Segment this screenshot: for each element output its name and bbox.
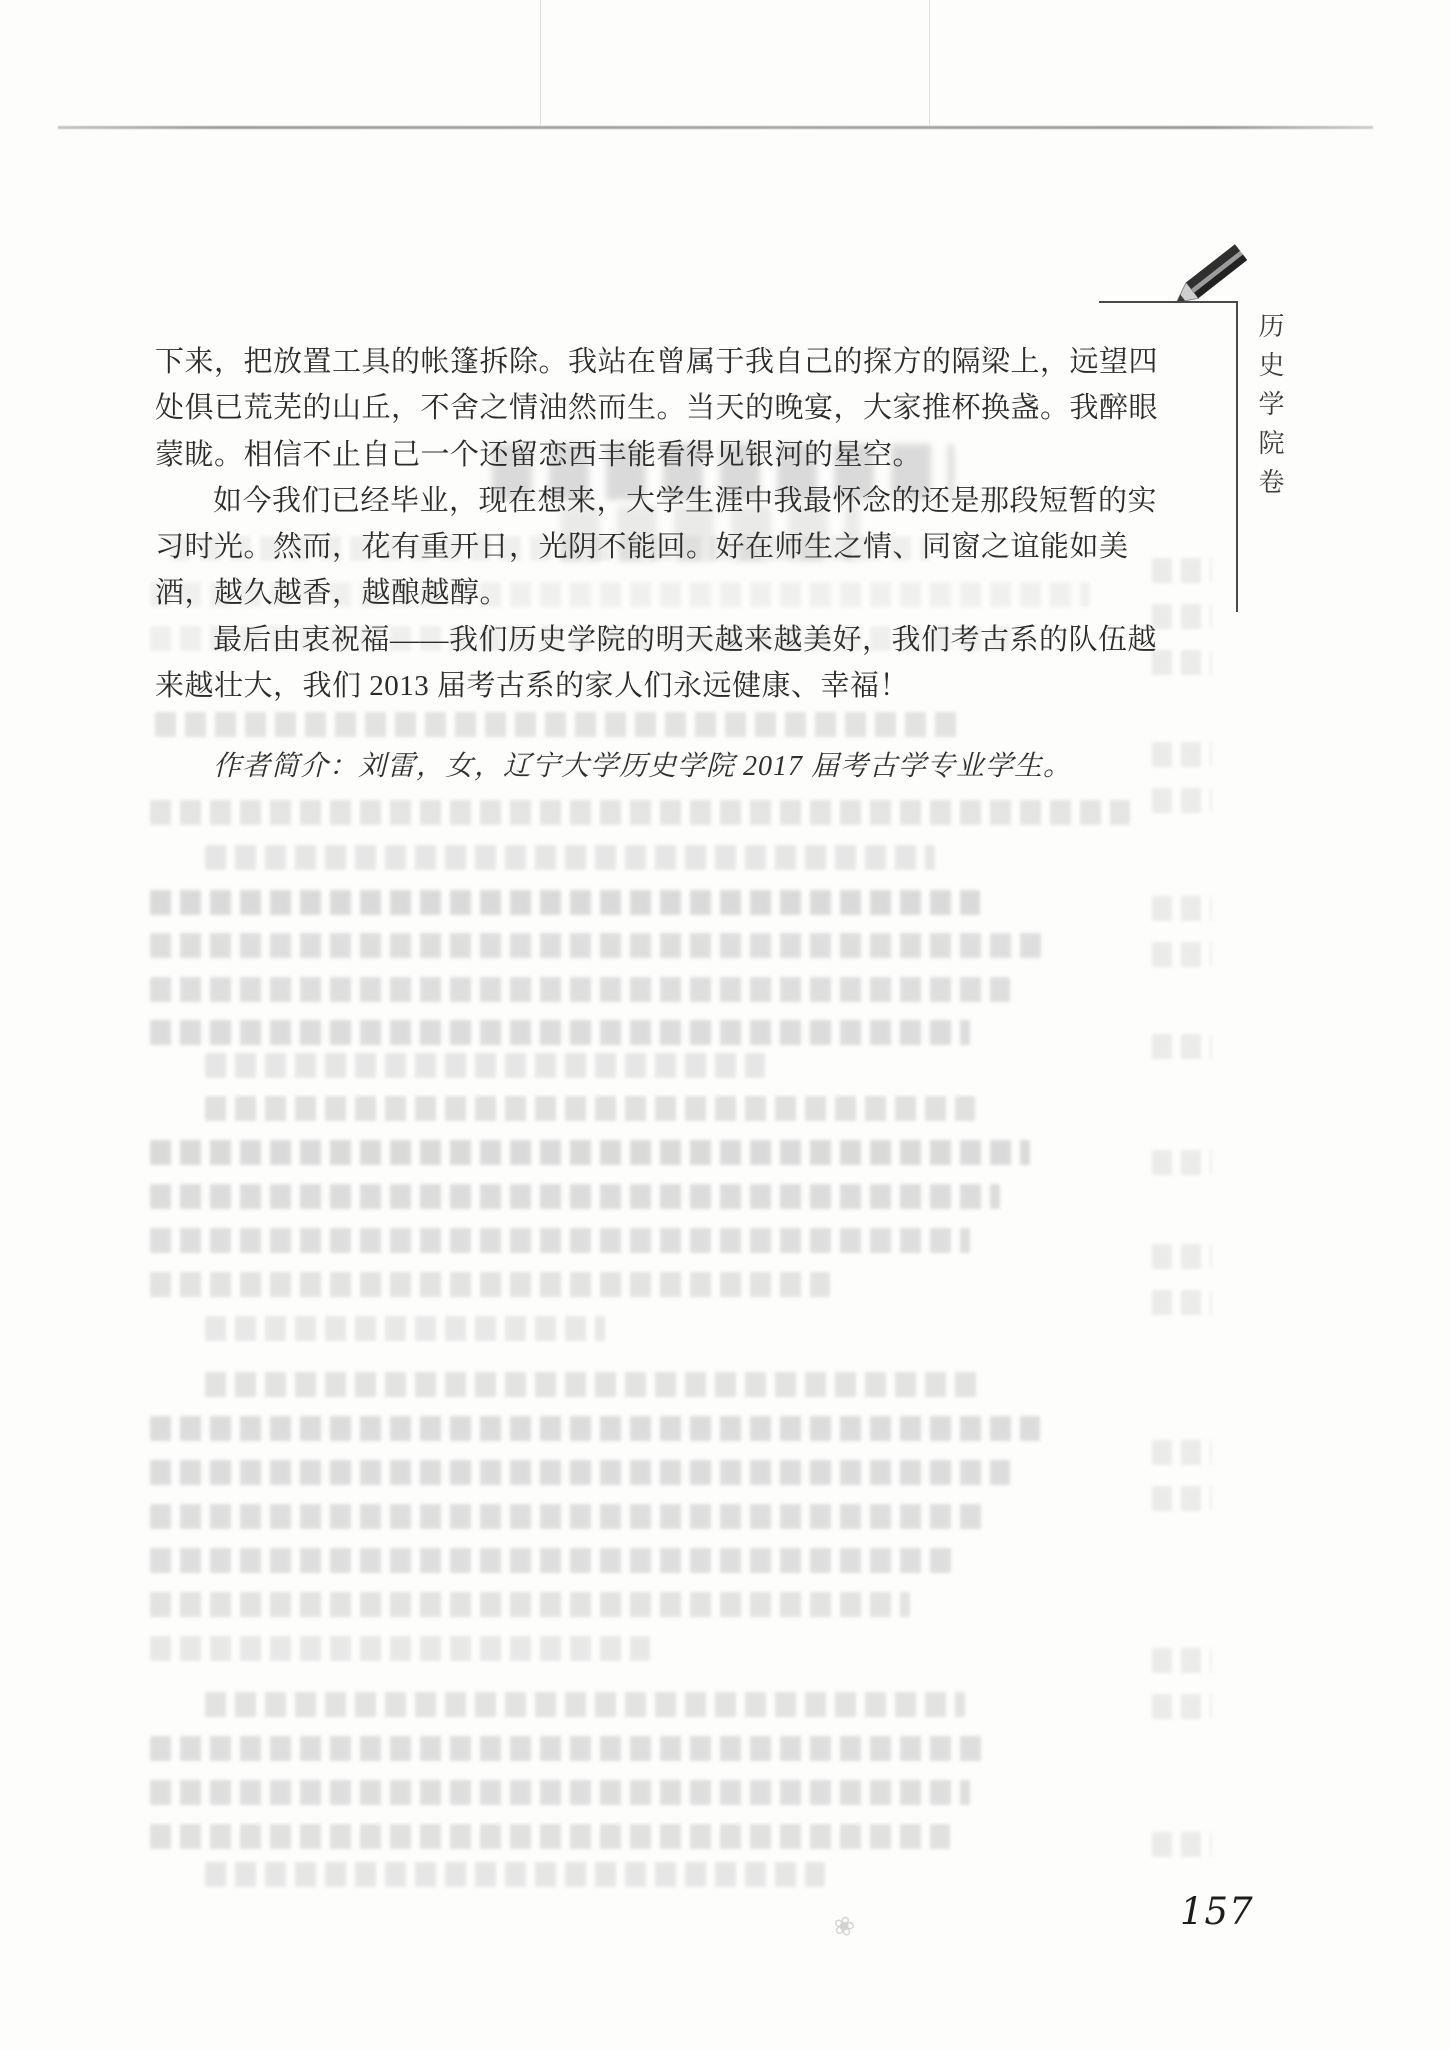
bleedthrough-margin-mark xyxy=(1152,1244,1212,1269)
page-number: 157 xyxy=(1180,1890,1254,1933)
text-line: 下来，把放置工具的帐篷拆除。我站在曾属于我自己的探方的隔梁上，远望四 xyxy=(155,339,1230,385)
bleedthrough-margin-mark xyxy=(1152,788,1212,813)
bleedthrough-line xyxy=(205,1372,985,1397)
bleedthrough-margin-mark xyxy=(1152,1440,1212,1465)
bleedthrough-line xyxy=(150,1020,970,1045)
bleedthrough-line xyxy=(150,1228,970,1253)
text-line: 酒，越久越香，越酿越醇。 xyxy=(155,570,1230,616)
bleedthrough-margin-mark xyxy=(1152,896,1212,921)
text-line: 最后由衷祝福——我们历史学院的明天越来越美好，我们考古系的队伍越 xyxy=(155,617,1230,663)
bleedthrough-line xyxy=(150,1592,910,1617)
author-note: 作者简介：刘雷，女，辽宁大学历史学院 2017 届考古学专业学生。 xyxy=(213,744,1072,784)
bleedthrough-line xyxy=(150,1736,990,1761)
scan-crease xyxy=(540,0,541,126)
bleedthrough-margin-mark xyxy=(1152,1486,1212,1511)
bleedthrough-line xyxy=(205,1862,825,1887)
bleedthrough-line xyxy=(150,1504,990,1529)
volume-label: 历史学院卷 xyxy=(1252,312,1289,507)
bleedthrough-line xyxy=(205,1692,965,1717)
bleedthrough-line xyxy=(150,1184,1000,1209)
bleedthrough-margin-mark xyxy=(1152,1034,1212,1059)
bleedthrough-line xyxy=(150,890,980,915)
bleedthrough-line xyxy=(205,1096,975,1121)
scan-fold-line xyxy=(58,126,1373,129)
bleedthrough-line xyxy=(150,977,1010,1002)
scanned-book-page: 历史学院卷 下来，把放置工具的帐篷拆除。我站在曾属于我自己的探方的隔梁上，远望四… xyxy=(0,0,1450,2050)
bleedthrough-line xyxy=(155,712,965,737)
flower-mark: ❀ xyxy=(830,1910,858,1944)
bleedthrough-margin-mark xyxy=(1152,1832,1212,1857)
bleedthrough-line xyxy=(205,845,935,870)
bleedthrough-margin-mark xyxy=(1152,742,1212,767)
bleedthrough-margin-mark xyxy=(1152,1290,1212,1315)
bleedthrough-line xyxy=(205,1316,605,1341)
bleedthrough-line xyxy=(150,1416,1040,1441)
bleedthrough-line xyxy=(150,1460,1010,1485)
bleedthrough-line xyxy=(150,1272,830,1297)
scan-crease xyxy=(929,0,930,126)
bleedthrough-line xyxy=(150,1140,1030,1165)
text-line: 来越壮大，我们 2013 届考古系的家人们永远健康、幸福！ xyxy=(155,663,1230,709)
bleedthrough-margin-mark xyxy=(1152,1648,1212,1673)
margin-rule-horizontal xyxy=(1099,301,1238,303)
bleedthrough-line xyxy=(150,1548,960,1573)
margin-rule-vertical xyxy=(1236,301,1238,612)
bleedthrough-line xyxy=(150,1636,650,1661)
bleedthrough-line xyxy=(150,1824,950,1849)
bleedthrough-line xyxy=(205,1053,765,1078)
text-line: 处俱已荒芜的山丘，不舍之情油然而生。当天的晚宴，大家推杯换盏。我醉眼 xyxy=(155,385,1230,431)
bleedthrough-line xyxy=(150,933,1050,958)
body-text: 下来，把放置工具的帐篷拆除。我站在曾属于我自己的探方的隔梁上，远望四处俱已荒芜的… xyxy=(155,339,1230,709)
text-line: 如今我们已经毕业，现在想来，大学生涯中我最怀念的还是那段短暂的实 xyxy=(155,478,1230,524)
bleedthrough-margin-mark xyxy=(1152,942,1212,967)
bleedthrough-margin-mark xyxy=(1152,1694,1212,1719)
bleedthrough-line xyxy=(150,1780,970,1805)
text-line: 蒙眬。相信不止自己一个还留恋西丰能看得见银河的星空。 xyxy=(155,432,1230,478)
bleedthrough-margin-mark xyxy=(1152,1150,1212,1175)
text-line: 习时光。然而，花有重开日，光阴不能回。好在师生之情、同窗之谊能如美 xyxy=(155,524,1230,570)
bleedthrough-line xyxy=(150,800,1130,825)
